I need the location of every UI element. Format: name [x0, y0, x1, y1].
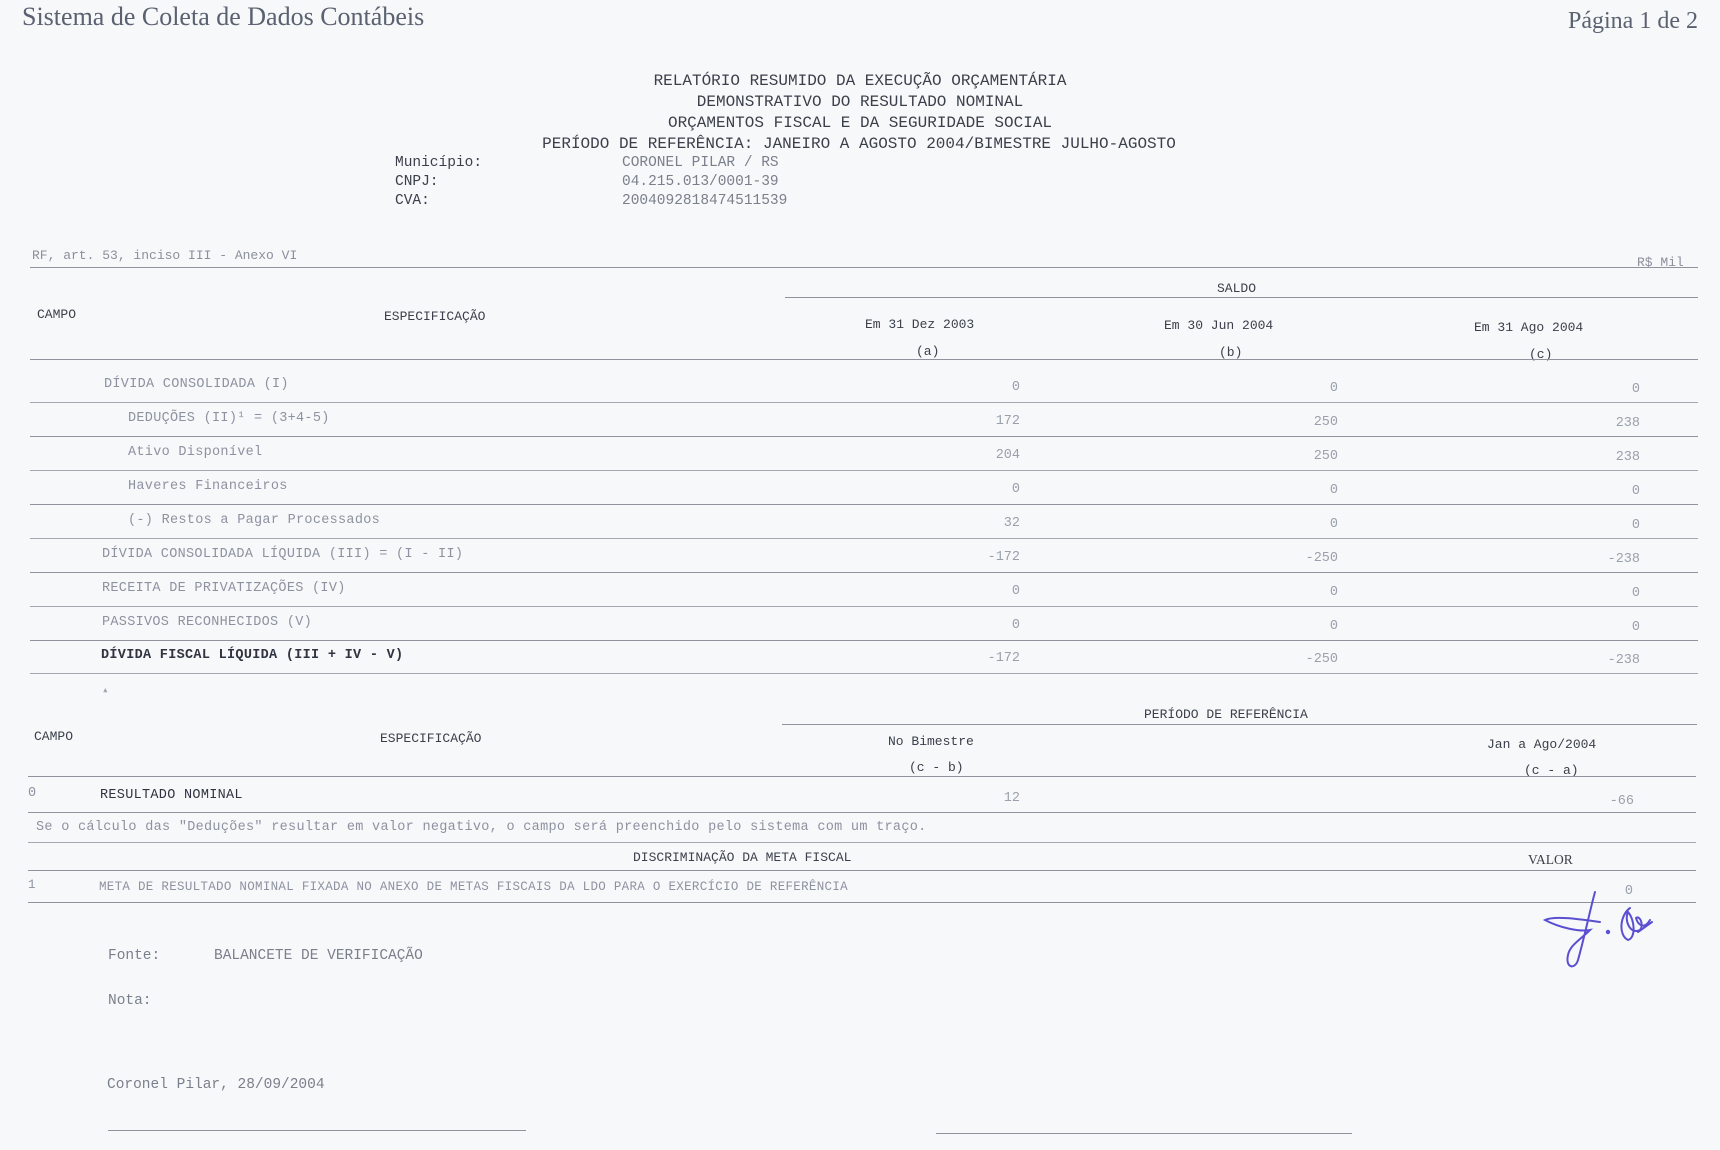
- row-divider: [30, 673, 1698, 674]
- divider: [785, 297, 1698, 298]
- col-sub-b: (b): [1219, 345, 1242, 360]
- table-cell-value: 204: [940, 448, 1020, 463]
- col-campo: CAMPO: [37, 307, 76, 322]
- divider: [782, 724, 1697, 725]
- row-divider: [30, 640, 1698, 641]
- col-campo-2: CAMPO: [34, 729, 73, 744]
- table-cell-value: 0: [940, 380, 1020, 395]
- col-sub-a: (a): [916, 344, 939, 359]
- table-cell-value: 0: [940, 482, 1020, 497]
- table-cell-value: 172: [940, 414, 1020, 429]
- saldo-header: SALDO: [1217, 281, 1256, 296]
- table-cell-value: 0: [1560, 484, 1640, 499]
- report-period: PERÍODO DE REFERÊNCIA: JANEIRO A AGOSTO …: [0, 135, 1718, 153]
- meta-label: Município:: [395, 155, 482, 171]
- resultado-nominal-label: RESULTADO NOMINAL: [100, 788, 243, 803]
- meta-label-cnpj: CNPJ:: [395, 174, 439, 190]
- divider: [30, 267, 1698, 268]
- table-cell-value: -250: [1258, 652, 1338, 667]
- col-header-acumulado: Jan a Ago/2004: [1487, 737, 1596, 752]
- resultado-campo: 0: [28, 786, 36, 801]
- divider: [28, 842, 1696, 843]
- table-cell-value: -250: [1258, 551, 1338, 566]
- meta-municipio: Município:: [395, 155, 482, 171]
- table-row-label: (-) Restos a Pagar Processados: [128, 513, 380, 528]
- signature-line-right: [936, 1133, 1352, 1134]
- fonte-label: Fonte:: [108, 948, 160, 964]
- meta-value-cva: 2004092818474511539: [622, 193, 787, 209]
- table-cell-value: 250: [1258, 415, 1338, 430]
- table-row-label: Ativo Disponível: [128, 445, 262, 460]
- row-divider: [30, 606, 1698, 607]
- table-cell-value: 250: [1258, 449, 1338, 464]
- table-row-label: RECEITA DE PRIVATIZAÇÕES (IV): [102, 581, 346, 596]
- col-header-c: Em 31 Ago 2004: [1474, 320, 1583, 335]
- divider: [30, 359, 1698, 360]
- table-cell-value: 0: [1258, 585, 1338, 600]
- fonte-value: BALANCETE DE VERIFICAÇÃO: [214, 948, 423, 964]
- table-cell-value: 0: [1560, 518, 1640, 533]
- col-header-b: Em 30 Jun 2004: [1164, 318, 1273, 333]
- report-title-1: RELATÓRIO RESUMIDO DA EXECUÇÃO ORÇAMENTÁ…: [0, 72, 1720, 90]
- table-cell-value: -238: [1560, 552, 1640, 567]
- table-row-label: DEDUÇÕES (II)¹ = (3+4-5): [128, 411, 330, 426]
- resultado-bimestre-value: 12: [940, 791, 1020, 806]
- report-title-2: DEMONSTRATIVO DO RESULTADO NOMINAL: [0, 93, 1720, 111]
- col-header-a: Em 31 Dez 2003: [865, 317, 974, 332]
- table-cell-value: 0: [1560, 382, 1640, 397]
- table-cell-value: 0: [1560, 620, 1640, 635]
- table-cell-value: 238: [1560, 450, 1640, 465]
- row-divider: [30, 538, 1698, 539]
- divider: [28, 870, 1696, 871]
- meta-value-municipio: CORONEL PILAR / RS: [622, 155, 779, 171]
- divider: [28, 776, 1696, 777]
- page-indicator: Página 1 de 2: [1568, 8, 1698, 35]
- col-especificacao-2: ESPECIFICAÇÃO: [380, 731, 481, 746]
- table-cell-value: 238: [1560, 416, 1640, 431]
- table-cell-value: 0: [1258, 381, 1338, 396]
- table-cell-value: 32: [940, 516, 1020, 531]
- table-row-label: DÍVIDA CONSOLIDADA (I): [104, 377, 289, 392]
- valor-header: VALOR: [1528, 852, 1573, 868]
- divider: [28, 812, 1696, 813]
- nota-label: Nota:: [108, 993, 152, 1009]
- divider: [28, 902, 1696, 903]
- row-divider: [30, 504, 1698, 505]
- col-especificacao: ESPECIFICAÇÃO: [384, 309, 485, 324]
- scan-mark: ▴: [102, 683, 109, 697]
- meta-value-cnpj: 04.215.013/0001-39: [622, 174, 779, 190]
- row-divider: [30, 436, 1698, 437]
- table-cell-value: 0: [1258, 483, 1338, 498]
- meta-label-cva: CVA:: [395, 193, 430, 209]
- table-cell-value: -172: [940, 550, 1020, 565]
- table-row-label: Haveres Financeiros: [128, 479, 288, 494]
- place-date: Coronel Pilar, 28/09/2004: [107, 1077, 325, 1093]
- table-cell-value: 0: [940, 584, 1020, 599]
- signature-mark: [1540, 890, 1670, 970]
- col-header-bimestre: No Bimestre: [888, 734, 974, 749]
- table-cell-value: 0: [1258, 517, 1338, 532]
- resultado-acumulado-value: -66: [1554, 794, 1634, 809]
- table-row-label: DÍVIDA FISCAL LÍQUIDA (III + IV - V): [101, 648, 403, 663]
- table-cell-value: -238: [1560, 653, 1640, 668]
- table-cell-value: -172: [940, 651, 1020, 666]
- table-cell-value: 0: [1560, 586, 1640, 601]
- table-cell-value: 0: [1258, 619, 1338, 634]
- row-divider: [30, 470, 1698, 471]
- meta-campo: 1: [28, 878, 36, 892]
- meta-label: META DE RESULTADO NOMINAL FIXADA NO ANEX…: [99, 880, 848, 894]
- periodo-header: PERÍODO DE REFERÊNCIA: [1144, 707, 1308, 722]
- row-divider: [30, 402, 1698, 403]
- footnote: Se o cálculo das "Deduções" resultar em …: [36, 820, 927, 835]
- table-row-label: PASSIVOS RECONHECIDOS (V): [102, 615, 312, 630]
- report-title-3: ORÇAMENTOS FISCAL E DA SEGURIDADE SOCIAL: [0, 114, 1720, 132]
- table-row-label: DÍVIDA CONSOLIDADA LÍQUIDA (III) = (I - …: [102, 547, 463, 562]
- legal-reference: RF, art. 53, inciso III - Anexo VI: [32, 248, 297, 263]
- col-sub-bimestre: (c - b): [909, 760, 964, 775]
- table-cell-value: 0: [940, 618, 1020, 633]
- system-title: Sistema de Coleta de Dados Contábeis: [22, 2, 424, 32]
- signature-line-left: [108, 1130, 526, 1131]
- meta-fiscal-header: DISCRIMINAÇÃO DA META FISCAL: [633, 850, 851, 865]
- row-divider: [30, 572, 1698, 573]
